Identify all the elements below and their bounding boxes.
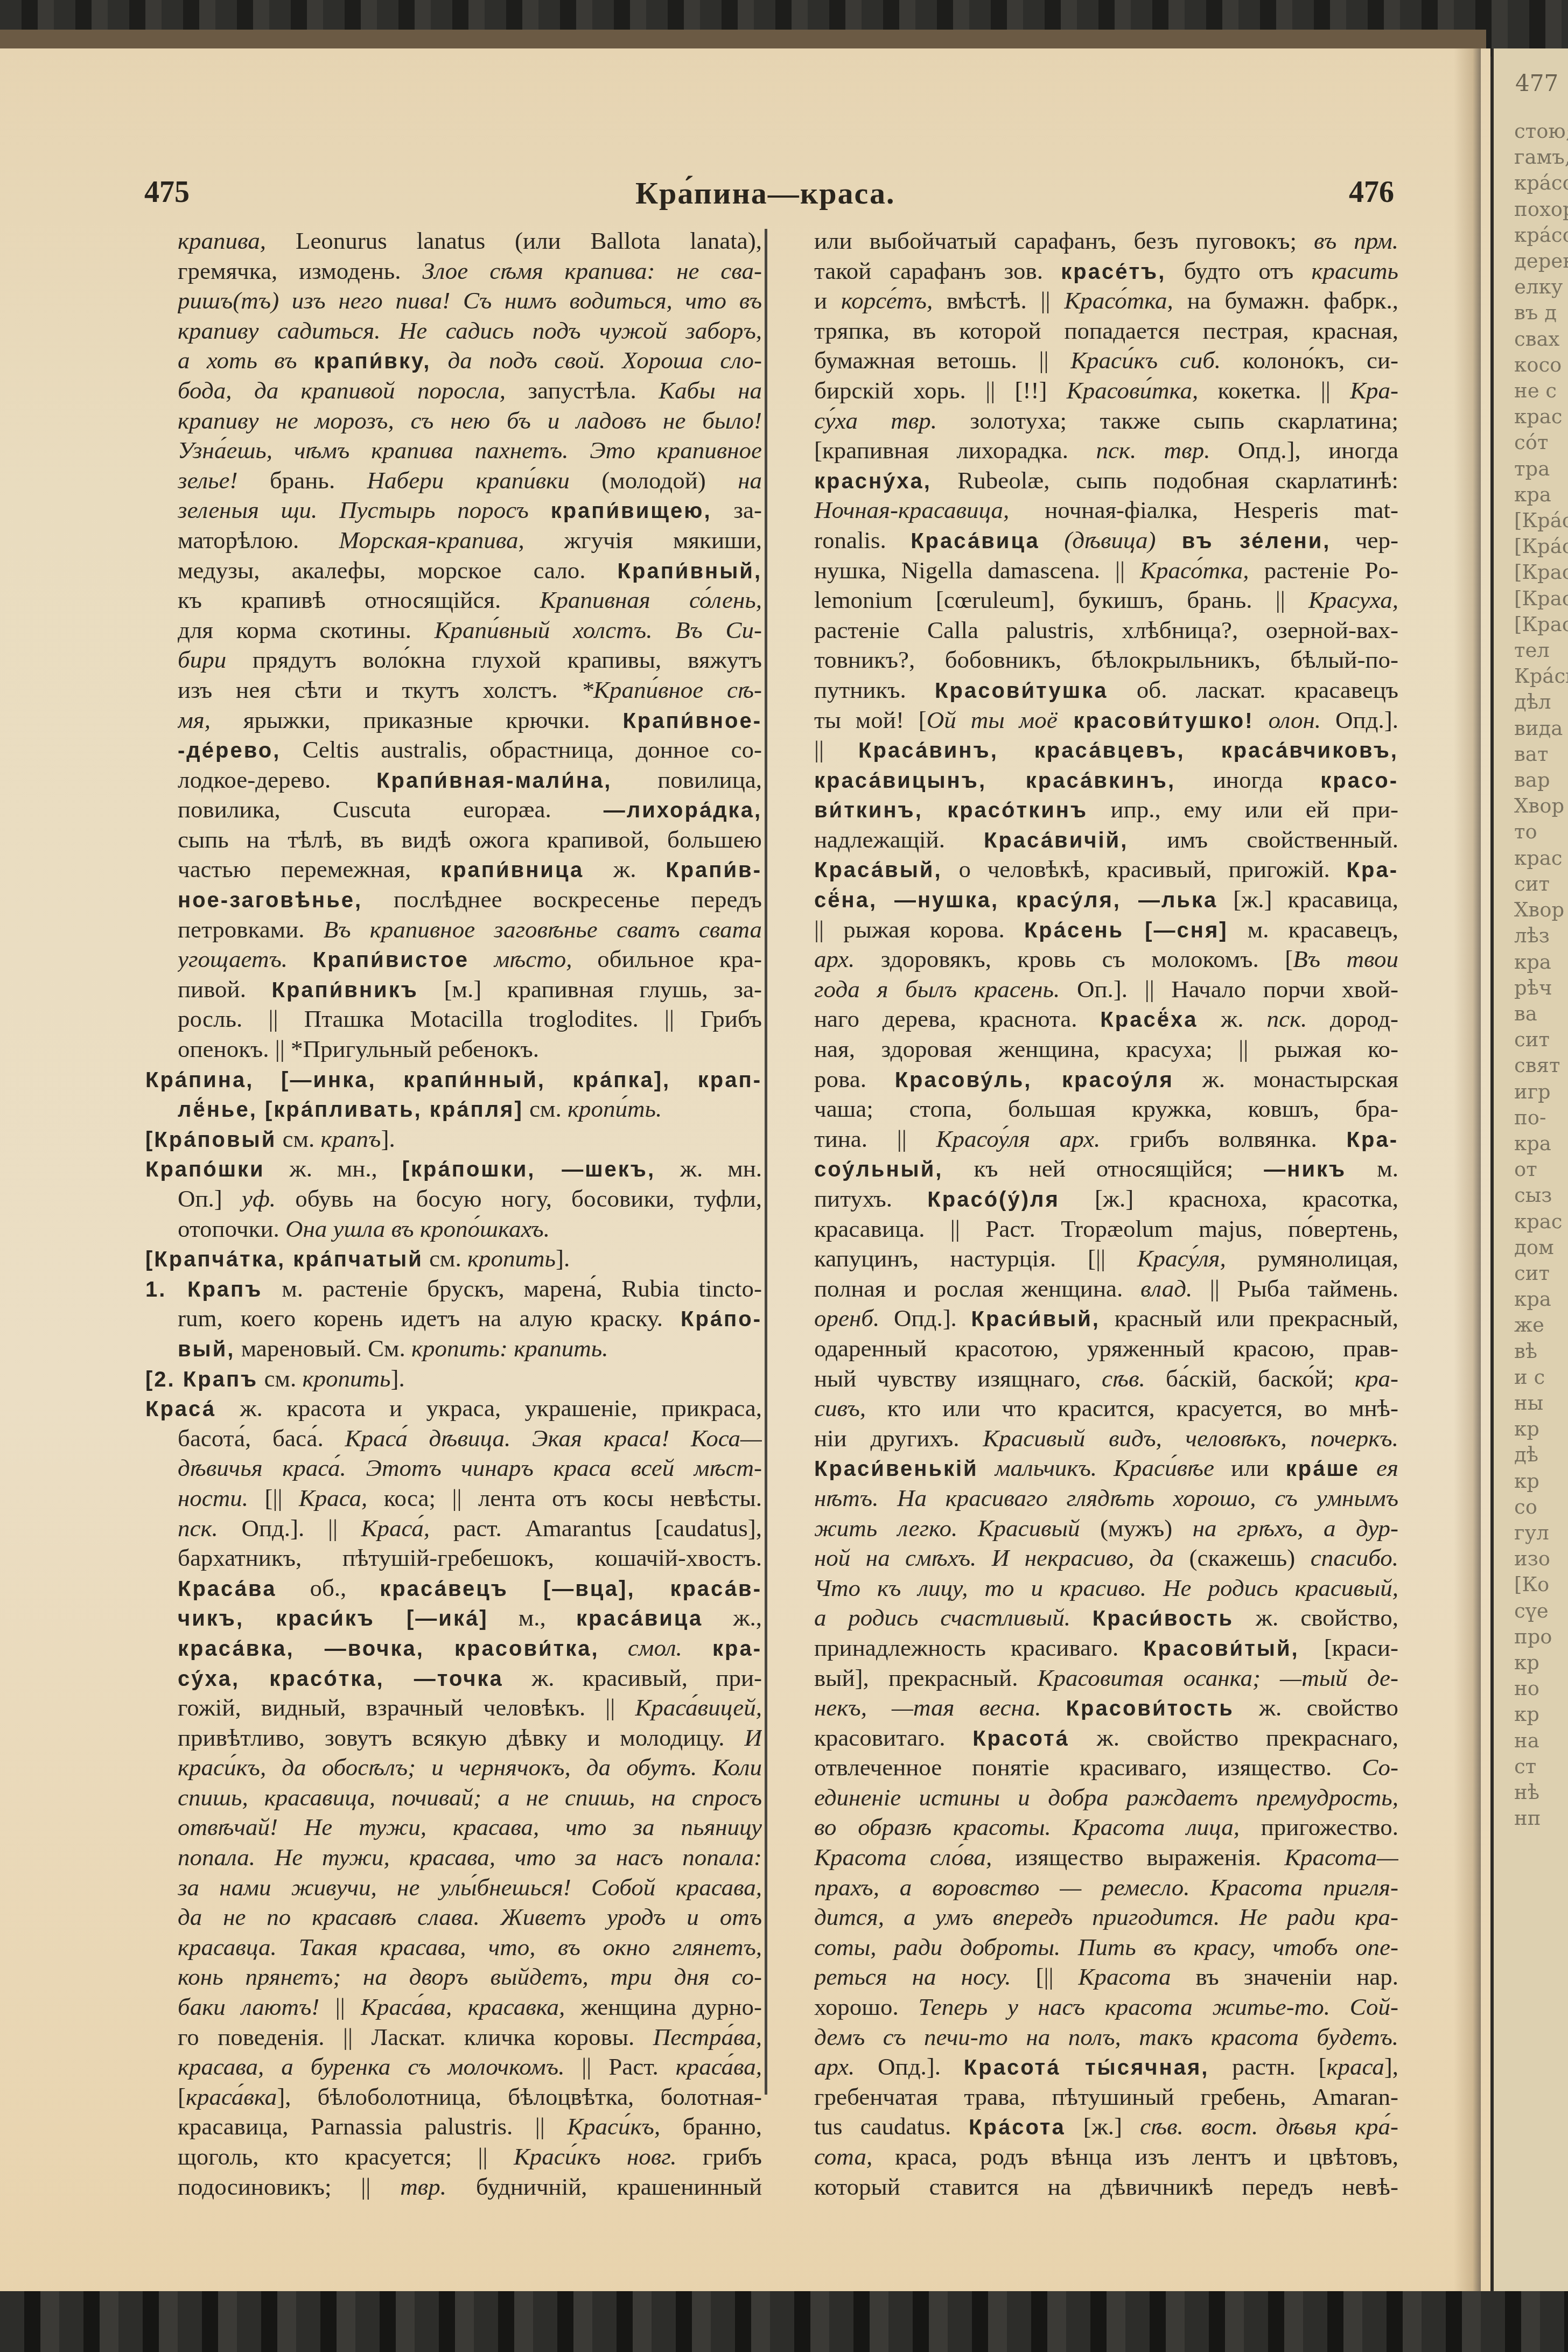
text-run: ж. красота и украса, украшеніе, прикраса… xyxy=(216,1395,762,1422)
italic-text: Красуха, xyxy=(1308,586,1398,613)
bold-term: Кра- xyxy=(1347,858,1398,882)
text-run: опенокъ. || *Пригульный ребенокъ. xyxy=(178,1035,539,1062)
bold-term: Крапи́вная-мали́на, xyxy=(376,769,612,793)
bold-term: су́ха, красо́тка, —точка xyxy=(178,1667,503,1691)
text-line: ная, здоровая женщина, красуха; || рыжая… xyxy=(814,1034,1398,1065)
text-line: спишь, красавица, почивай; а не спишь, н… xyxy=(178,1783,762,1813)
italic-text: Злое сѣмя крапива: не сва- xyxy=(422,257,762,284)
text-run: гремячка, измодень. xyxy=(178,257,422,284)
text-line: дѣвичья краса́. Этотъ чинаръ краса всей … xyxy=(178,1453,762,1483)
italic-text: демъ съ печи-то на полъ, такъ красота бу… xyxy=(814,2024,1398,2050)
text-run: или выбойчатый сарафанъ, безъ пуговокъ; xyxy=(814,227,1314,254)
text-run: ж. мн., xyxy=(265,1155,402,1182)
bold-term: крапи́вница xyxy=(440,858,584,882)
text-run: см. xyxy=(423,1245,467,1272)
text-line: Краса́ ж. красота и украса, украшеніе, п… xyxy=(145,1394,762,1424)
text-line: такой сарафанъ зов. красе́тъ, будто отъ … xyxy=(814,256,1398,286)
text-run: который ставится на дѣвичникѣ передъ нев… xyxy=(814,2173,1398,2200)
text-line: ніи другихъ. Красивый видъ, человѣкъ, по… xyxy=(814,1424,1398,1454)
italic-text: Крапивная со́лень, xyxy=(540,586,762,613)
scanner-background-bottom xyxy=(0,2291,1568,2352)
text-line: Краси́венькій мальчикъ. Краси́вѣе или кр… xyxy=(814,1453,1398,1483)
text-line: пивой. Крапи́вникъ [м.] крапивная глушь,… xyxy=(178,975,762,1005)
italic-text: Красови́тка, xyxy=(1067,377,1198,404)
text-run: и xyxy=(814,287,841,314)
text-run: о человѣкѣ, красивый, пригожій. xyxy=(942,856,1347,883)
text-run: за- xyxy=(712,496,762,523)
italic-text: во образѣ красоты. Красота лица, xyxy=(814,1814,1240,1840)
text-line: чаша; стопа, большая кружка, ковшъ, бра- xyxy=(814,1094,1398,1124)
text-line: пск. Опд.]. || Краса́, раст. Amarantus [… xyxy=(178,1514,762,1544)
text-run: обувь на босую ногу, босовики, туфли, xyxy=(276,1185,762,1212)
bold-term: Краса́ва xyxy=(178,1577,276,1601)
text-run: одаренный красотою, уряженный красою, пр… xyxy=(814,1335,1398,1362)
bold-term: —никъ xyxy=(1264,1158,1346,1181)
text-line: питухъ. Красо́(у́)ля [ж.] красноха, крас… xyxy=(814,1184,1398,1214)
text-line: дится, а умъ впередъ пригодится. Не ради… xyxy=(814,1902,1398,1933)
left-text-column: крапива, Leonurus lanatus (или Ballota l… xyxy=(178,226,762,2202)
italic-text: сѣв. вост. дѣвья кра́- xyxy=(1140,2113,1398,2140)
headword: Крапо́шки xyxy=(145,1158,265,1181)
text-run: rum, коего корень идетъ на алую краску. xyxy=(178,1305,681,1332)
text-run: [|| xyxy=(248,1485,299,1511)
bold-term: краса́в- xyxy=(635,1577,762,1601)
page-header: 475 Кра́пина—краса. 476 xyxy=(0,175,1490,218)
text-run: lemonium [cœruleum], букишъ, брань. || xyxy=(814,586,1308,613)
text-run: красный или прекрасный, xyxy=(1100,1305,1398,1332)
bold-term: -де́рево, xyxy=(178,739,281,762)
bold-term: Крапи́вное- xyxy=(622,709,762,733)
bold-term: крапи́вку, xyxy=(314,349,431,373)
text-line: Красота сло́ва, изящество выраженія. Кра… xyxy=(814,1843,1398,1873)
italic-text: смол. xyxy=(599,1634,682,1661)
text-run: повилица, xyxy=(612,766,762,793)
italic-text: И xyxy=(745,1724,762,1751)
page-number-right: 476 xyxy=(1349,175,1394,209)
text-run: росль. || Пташка Motacilla troglodites. … xyxy=(178,1005,762,1032)
italic-text: Краса́ дѣвица. Экая краса! Коса— xyxy=(345,1425,762,1452)
text-line: 1. Крапъ м. растеніе брускъ, марена́, Ru… xyxy=(145,1274,762,1304)
text-run: грибъ волвянка. xyxy=(1100,1125,1346,1152)
bold-term: Красову́ль, красоу́ля xyxy=(895,1068,1174,1092)
text-line: [2. Крапъ см. кропить]. xyxy=(145,1364,762,1394)
bold-term: красе́тъ, xyxy=(1061,260,1166,284)
text-run: надлежащій. xyxy=(814,826,984,853)
text-line: сота, краса, родъ вѣнца изъ лентъ и цвѣт… xyxy=(814,2142,1398,2172)
text-line: зеленыя щи. Пустырь поросъ крапи́вищею, … xyxy=(178,495,762,526)
bold-term: Краса́винъ, краса́вцевъ, краса́вчиковъ, xyxy=(858,739,1398,762)
bold-term: [кра́пошки, —шекъ, xyxy=(402,1158,655,1181)
bold-term: краса́вка, —вочка, красови́тка, xyxy=(178,1637,599,1661)
bold-term: Краси́венькій xyxy=(814,1457,978,1481)
italic-text: новг. xyxy=(601,2143,677,2170)
text-run: ж. свойство, xyxy=(1234,1604,1398,1631)
italic-text: баки лаютъ! xyxy=(178,1993,319,2020)
text-run: гребенчатая трава, пѣтушиный гребень, Am… xyxy=(814,2083,1398,2110)
italic-text: крапиву не морозъ, съ нею бъ и ладовъ не… xyxy=(178,407,762,434)
text-run: тряпка, въ которой попадается пестрая, к… xyxy=(814,317,1398,344)
text-line: товникъ?, бобовникъ, бѣлокрыльникъ, бѣлы… xyxy=(814,645,1398,675)
italic-text: Красота xyxy=(1079,1963,1171,1990)
text-line: ronalis. Краса́вица (дѣвица) въ зе́лени,… xyxy=(814,526,1398,556)
text-run: пригожество. xyxy=(1240,1814,1398,1840)
text-run: (скажешь) xyxy=(1174,1544,1311,1571)
bold-term: вый, xyxy=(178,1338,235,1361)
italic-text: ной на смѣхъ. И некрасиво, да xyxy=(814,1544,1174,1571)
text-run: здоровякъ, кровь съ молокомъ. [ xyxy=(855,946,1293,972)
text-run: вмѣстѣ. || xyxy=(933,287,1064,314)
text-line: нѣтъ. На красиваго глядѣть хорошо, съ ум… xyxy=(814,1483,1398,1514)
text-line: ный чувству изящнаго, сѣв. ба́скій, баск… xyxy=(814,1364,1398,1394)
bold-term: кра́пчатый xyxy=(285,1248,423,1271)
text-line: рова. Красову́ль, красоу́ля ж. монастырс… xyxy=(814,1065,1398,1095)
text-run: басота́, баса́. xyxy=(178,1425,345,1452)
text-line: -де́рево, Celtis australis, обрастница, … xyxy=(178,735,762,765)
column-divider-rule xyxy=(765,229,767,2095)
text-line: арх. Опд.]. Красота́ ты́сячная, растн. [… xyxy=(814,2052,1398,2082)
text-line: Краса́вый, о человѣкѣ, красивый, пригожі… xyxy=(814,855,1398,885)
text-run: (мужъ) xyxy=(1080,1515,1193,1542)
text-run: обильное кра- xyxy=(572,946,762,972)
italic-text: Ночная-красавица, xyxy=(814,496,1009,523)
text-run: || Раст. xyxy=(564,2053,675,2080)
text-run: краса, родъ вѣнца изъ лентъ и цвѣтовъ, xyxy=(872,2143,1398,2170)
bold-term: Краси́вость xyxy=(1093,1607,1234,1630)
text-run: ]. xyxy=(390,1365,404,1392)
text-run: [ xyxy=(178,2083,186,2110)
bold-term: Красови́тушка xyxy=(935,679,1108,703)
text-line: [крапивная лихорадка. пск. твр. Опд.], и… xyxy=(814,436,1398,466)
text-line: ное-заговѣнье, послѣднее воскресенье пер… xyxy=(178,885,762,915)
text-run: наго дерева, краснота. xyxy=(814,1005,1100,1032)
italic-text: Кабы на xyxy=(659,377,762,404)
text-line: а хоть въ крапи́вку, да подъ свой. Хорош… xyxy=(178,346,762,376)
text-run: ], xyxy=(1384,2053,1398,2080)
text-line: единеніе истины и добра раждаетъ премудр… xyxy=(814,1783,1398,1813)
italic-text: кропи́ть. xyxy=(568,1095,662,1122)
italic-text: въ прм. xyxy=(1314,227,1398,254)
bold-term: красну́ха, xyxy=(814,470,932,493)
text-line: одаренный красотою, уряженный красою, пр… xyxy=(814,1334,1398,1364)
italic-text: дится, а умъ впередъ пригодится. Не ради… xyxy=(814,1903,1398,1930)
text-line: гожій, видный, взрачный человѣкъ. || Кра… xyxy=(178,1693,762,1723)
text-run: ]. xyxy=(381,1125,395,1152)
text-line: Краса́ва об., краса́вецъ [—вца], краса́в… xyxy=(178,1573,762,1604)
italic-text: Узна́ешь, чѣмъ крапива пахнетъ. Это крап… xyxy=(178,437,762,464)
italic-text: Пестра́ва, xyxy=(653,2024,762,2050)
text-run: об., xyxy=(276,1574,380,1601)
text-run: Leonurus lanatus (или Ballota lanata), xyxy=(266,227,762,254)
italic-text: на xyxy=(738,467,762,494)
text-run: кто или что красится, красуется, во мнѣ- xyxy=(866,1395,1398,1422)
text-line: вый], прекрасный. Красовитая осанка; —ты… xyxy=(814,1663,1398,1693)
italic-text: Красо́тка, xyxy=(1064,287,1173,314)
text-run: вый], прекрасный. xyxy=(814,1664,1038,1691)
italic-text: кропить xyxy=(467,1245,556,1272)
italic-text: твр. xyxy=(858,407,937,434)
text-line: сивъ, кто или что красится, красуется, в… xyxy=(814,1394,1398,1424)
bold-term: Красови́тый, xyxy=(1143,1637,1299,1661)
text-run: го поведенія. || Ласкат. кличка коровы. xyxy=(178,2024,653,2050)
text-run: ный чувству изящнаго, xyxy=(814,1365,1102,1392)
italic-text: конь прянетъ; на дворъ выйдетъ, три дня … xyxy=(178,1963,762,1990)
italic-text: Морская-крапива, xyxy=(339,527,524,554)
italic-text: сота, xyxy=(814,2143,872,2170)
text-line: медузы, акалефы, морское сало. Крапи́вны… xyxy=(178,556,762,586)
text-run: || xyxy=(814,736,858,763)
text-run: иногда xyxy=(1175,766,1320,793)
text-run: повилика, Cuscuta europæa. xyxy=(178,796,604,823)
italic-text: ея xyxy=(1360,1454,1398,1481)
text-line: Ночная-красавица, ночная-фіалка, Hesperi… xyxy=(814,495,1398,526)
text-run: м., xyxy=(488,1604,576,1631)
text-run: раст. Amarantus [caudatus], xyxy=(430,1515,762,1542)
italic-text: мѣсто, xyxy=(469,946,572,972)
italic-text: мя, xyxy=(178,706,211,733)
text-run: на бумажн. фабрк., xyxy=(1173,287,1398,314)
bold-term: Краси́вый, xyxy=(971,1307,1100,1331)
italic-text: пск. xyxy=(178,1515,218,1542)
text-run: полная и рослая женщина. xyxy=(814,1275,1140,1302)
text-run: ж. мн. xyxy=(655,1155,762,1182)
headword: [Крапча́тка, xyxy=(145,1248,285,1271)
text-run: Опд.], иногда xyxy=(1210,437,1398,464)
text-run: ты мой! [ xyxy=(814,706,927,733)
text-line: || Краса́винъ, краса́вцевъ, краса́вчиков… xyxy=(814,735,1398,765)
italic-text: Ой ты моё xyxy=(927,706,1058,733)
italic-text: влад. xyxy=(1140,1275,1192,1302)
text-run: прядутъ воло́кна глухой крапивы, вяжутъ xyxy=(226,646,762,673)
text-line: [Кра́повый см. крапъ]. xyxy=(145,1124,762,1154)
text-line: красавица, Parnassia palustris. || Краси… xyxy=(178,2112,762,2142)
text-line: Что къ лицу, то и красиво. Не родись кра… xyxy=(814,1573,1398,1604)
italic-text: уф. xyxy=(242,1185,276,1212)
italic-text: кропить: крапить. xyxy=(411,1335,608,1362)
text-line: лодкое-дерево. Крапи́вная-мали́на, повил… xyxy=(178,765,762,795)
text-line: изъ нея сѣти и ткутъ холстъ. *Крапи́вное… xyxy=(178,675,762,705)
text-line: tus caudatus. Кра́сота [ж.] сѣв. вост. д… xyxy=(814,2112,1398,2142)
text-run: растеніе Calla palustris, хлѣбница?, озе… xyxy=(814,617,1398,643)
text-line: соты, ради доброты. Пить въ красу, чтобъ… xyxy=(814,1933,1398,1963)
italic-text: да подъ свой. Хороша сло- xyxy=(431,347,762,374)
text-line: Крапо́шки ж. мн., [кра́пошки, —шекъ, ж. … xyxy=(145,1154,762,1184)
italic-text: Въ крапивное заговѣнье сватъ свата xyxy=(324,916,762,943)
text-line: растеніе Calla palustris, хлѣбница?, озе… xyxy=(814,615,1398,646)
italic-text: олон. xyxy=(1254,706,1321,733)
text-run: бархатникъ, пѣтушій-гребешокъ, кошачій-х… xyxy=(178,1544,762,1571)
text-run: ночная-фіалка, Hesperis mat- xyxy=(1009,496,1398,523)
text-run: Опд.]. xyxy=(1321,706,1398,733)
text-line: принадлежность красиваго. Красови́тый, [… xyxy=(814,1633,1398,1663)
text-run: грибъ xyxy=(677,2143,762,2170)
bold-term: краса́вицынъ, краса́вкинъ, xyxy=(814,769,1175,793)
text-run: кокетка. || xyxy=(1198,377,1350,404)
text-run: [ж.] xyxy=(1066,2113,1140,2140)
italic-text: краса́вка xyxy=(186,2083,277,2110)
headword: Кра́пина, xyxy=(145,1068,254,1092)
text-line: тряпка, въ которой попадается пестрая, к… xyxy=(814,316,1398,346)
italic-text: сиб. xyxy=(1158,347,1221,374)
text-run: жгучія мякиши, xyxy=(524,527,762,554)
headword: [Кра́повый xyxy=(145,1128,276,1152)
text-line: бирскій хорь. || [!!] Красови́тка, кокет… xyxy=(814,376,1398,406)
text-line: къ крапивѣ относящійся. Крапивная со́лен… xyxy=(178,585,762,615)
text-run: петровками. xyxy=(178,916,324,943)
text-line: да не по красавѣ слава. Живетъ уродъ и о… xyxy=(178,1902,762,1933)
italic-text: арх. xyxy=(814,946,855,972)
italic-text: твр. xyxy=(400,2173,446,2200)
text-line: краса́вка, —вочка, красови́тка, смол. кр… xyxy=(178,1633,762,1663)
text-line: красавца. Такая красава, что, въ окно гл… xyxy=(178,1933,762,1963)
text-run: || рыжая корова. xyxy=(814,916,1024,943)
text-run: дород- xyxy=(1307,1005,1398,1032)
text-line: краси́къ, да обосѣлъ; и чернячокъ, да об… xyxy=(178,1753,762,1783)
italic-text: мальчикъ. Краси́вѣе xyxy=(978,1454,1214,1481)
text-line: ности. [|| Краса, коса; || лента отъ кос… xyxy=(178,1483,762,1514)
text-run: запустѣла. xyxy=(506,377,659,404)
text-run: Опд.]. || xyxy=(218,1515,361,1542)
text-line: красну́ха, Rubeolæ, сыпь подобная скарла… xyxy=(814,466,1398,496)
text-run: отвлеченное понятіе красиваго, изящество… xyxy=(814,1754,1362,1781)
text-run: ], бѣлоболотница, бѣлоцвѣтка, болотная- xyxy=(277,2083,762,2110)
bold-term: —лихора́дка, xyxy=(604,799,762,822)
italic-text: бода, да крапивой поросла, xyxy=(178,377,506,404)
text-run: или xyxy=(1214,1454,1286,1481)
text-line: гремячка, измодень. Злое сѣмя крапива: н… xyxy=(178,256,762,286)
italic-text: арх. xyxy=(1030,1125,1100,1152)
text-run: м. красавецъ, xyxy=(1228,916,1398,943)
italic-text: крапиву садиться. Не садись подъ чужой з… xyxy=(178,317,762,344)
text-line: отвлеченное понятіе красиваго, изящество… xyxy=(814,1753,1398,1783)
bold-term: Кра- xyxy=(1347,1128,1398,1152)
bold-term: соу́льный, xyxy=(814,1158,943,1181)
adjacent-page-lines: стою; гамъ, кра́со похор кра́со дерев ел… xyxy=(1514,118,1568,1831)
italic-text: Красовитая осанка; —тый де- xyxy=(1038,1664,1398,1691)
adjacent-page-fragment: 477 стою; гамъ, кра́со похор кра́со дере… xyxy=(1492,48,1568,2291)
text-line: лё́нье, [кра́пливать, кра́пля] см. кропи… xyxy=(178,1094,762,1124)
text-run: ярыжки, приказные крючки. xyxy=(211,706,623,733)
text-run: путникъ. xyxy=(814,676,935,703)
italic-text: Красу́ля, xyxy=(1137,1245,1226,1272)
text-line: во образѣ красоты. Красота лица, пригоже… xyxy=(814,1812,1398,1843)
text-run: [|| xyxy=(1011,1963,1079,1990)
text-line: щоголь, кто красуется; || Краси́къ новг.… xyxy=(178,2142,762,2172)
text-line: арх. здоровякъ, кровь съ молокомъ. [Въ т… xyxy=(814,944,1398,975)
text-line: надлежащій. Краса́вичій, имъ свойственны… xyxy=(814,825,1398,855)
text-run: ж. свойство xyxy=(1234,1694,1398,1721)
italic-text: краса xyxy=(1326,2053,1384,2080)
text-run: Celtis australis, обрастница, донное со- xyxy=(281,736,762,763)
headword: [2. Крапъ xyxy=(145,1368,258,1391)
italic-text: а родись счастливый. xyxy=(814,1604,1093,1631)
italic-text: Краси́къ xyxy=(514,2143,601,2170)
italic-text: Краса́, xyxy=(361,1515,430,1542)
text-run: ная, здоровая женщина, красуха; || рыжая… xyxy=(814,1035,1398,1062)
text-run: Оп.] xyxy=(178,1185,242,1212)
text-run: бранно, xyxy=(660,2113,762,2140)
bold-term: Красота́ xyxy=(972,1727,1069,1751)
text-line: хорошо. Теперь у насъ красота житье-то. … xyxy=(814,1992,1398,2022)
italic-text: дѣвичья краса́. Этотъ чинаръ краса всей … xyxy=(178,1454,762,1481)
text-line: демъ съ печи-то на полъ, такъ красота бу… xyxy=(814,2022,1398,2053)
italic-text: да не по красавѣ слава. Живетъ уродъ и о… xyxy=(178,1903,762,1930)
text-run: щоголь, кто красуется; || xyxy=(178,2143,514,2170)
text-line: бумажная ветошь. || Краси́къ сиб. колоно… xyxy=(814,346,1398,376)
italic-text: ришъ(тъ) изъ него пива! Съ нимъ водиться… xyxy=(178,287,762,314)
text-line: ришъ(тъ) изъ него пива! Съ нимъ водиться… xyxy=(178,286,762,316)
text-line: росль. || Пташка Motacilla troglodites. … xyxy=(178,1004,762,1034)
bold-term: въ зе́лени, xyxy=(1156,529,1331,553)
text-line: сыпь на тѣлѣ, въ видѣ ожога крапивой, бо… xyxy=(178,825,762,855)
italic-text: корсе́тъ, xyxy=(841,287,933,314)
italic-text: за нами живучи, не улы́бнешься! Собой кр… xyxy=(178,1874,762,1901)
bold-term: крапи́вищею, xyxy=(551,499,712,523)
text-line: басота́, баса́. Краса́ дѣвица. Экая крас… xyxy=(178,1424,762,1454)
italic-text: красавца. Такая красава, что, въ окно гл… xyxy=(178,1934,762,1961)
bold-term: ное-заговѣнье, xyxy=(178,888,362,912)
text-line: крапиву не морозъ, съ нею бъ и ладовъ не… xyxy=(178,406,762,436)
italic-text: крапива, xyxy=(178,227,266,254)
italic-text: Краса́ва, красавка, xyxy=(361,1993,565,2020)
text-run: Опд.]. xyxy=(855,2053,963,2080)
bold-term: ви́ткинъ, красо́ткинъ xyxy=(814,799,1088,822)
text-run: подосиновикъ; || xyxy=(178,2173,400,2200)
bold-term: Крапи́вистое xyxy=(313,948,469,972)
text-run: будто отъ xyxy=(1166,257,1311,284)
text-line: мя, ярыжки, приказные крючки. Крапи́вное… xyxy=(178,705,762,736)
text-run: [ж.] красноха, красотка, xyxy=(1060,1185,1398,1212)
text-line: красовитаго. Красота́ ж. свойство прекра… xyxy=(814,1723,1398,1753)
bold-term: [—инка, крапи́нный, кра́пка], xyxy=(254,1068,670,1092)
text-run: къ ней относящійся; xyxy=(943,1155,1264,1182)
text-line: или выбойчатый сарафанъ, безъ пуговокъ; … xyxy=(814,226,1398,256)
text-line: су́ха твр. золотуха; также сыпь скарлати… xyxy=(814,406,1398,436)
italic-text: зелье! xyxy=(178,467,237,494)
italic-text: пск. твр. xyxy=(1096,437,1210,464)
text-run: [крапивная лихорадка. xyxy=(814,437,1096,464)
text-run: ж. красивый, при- xyxy=(503,1664,762,1691)
bold-term: Крапи́в- xyxy=(666,858,762,882)
text-run: красавица, Parnassia palustris. || xyxy=(178,2113,567,2140)
bold-term: крап- xyxy=(670,1068,762,1092)
text-run: изящество выраженія. xyxy=(992,1844,1284,1871)
text-line: [краса́вка], бѣлоболотница, бѣлоцвѣтка, … xyxy=(178,2082,762,2112)
bold-term: Красё́ха xyxy=(1100,1008,1198,1032)
text-run: частью перемежная, xyxy=(178,856,440,883)
adjacent-page-number: 477 xyxy=(1515,70,1558,96)
bold-term: лё́нье, [кра́пливать, кра́пля] xyxy=(178,1098,523,1122)
text-run: брань. xyxy=(237,467,367,494)
text-run: ипр., ему или ей при- xyxy=(1088,796,1398,823)
text-line: бода, да крапивой поросла, запустѣла. Ка… xyxy=(178,376,762,406)
italic-text: Кра- xyxy=(1350,377,1398,404)
italic-text: *Крапи́вное сѣ- xyxy=(582,676,762,703)
text-run: послѣднее воскресенье передъ xyxy=(362,886,762,913)
italic-text: соты, ради доброты. Пить въ красу, чтобъ… xyxy=(814,1934,1398,1961)
text-line: чикъ, краси́къ [—ика́] м., краса́вица ж.… xyxy=(178,1603,762,1633)
text-line: жить легко. Красивый (мужъ) на грѣхъ, а … xyxy=(814,1514,1398,1544)
italic-text: а хоть въ xyxy=(178,347,314,374)
text-line: привѣтливо, зовутъ всякую дѣвку и молоди… xyxy=(178,1723,762,1753)
text-run: чаша; стопа, большая кружка, ковшъ, бра- xyxy=(814,1095,1398,1122)
italic-text: реться на носу. xyxy=(814,1963,1011,1990)
text-line: сё́на, —нушка, красу́ля, —лька [ж.] крас… xyxy=(814,885,1398,915)
italic-text: Теперь у насъ красота житье-то. Сой- xyxy=(918,1993,1398,2020)
text-line: зелье! брань. Набери крапи́вки (молодой)… xyxy=(178,466,762,496)
text-line: некъ, —тая весна. Красови́тость ж. свойс… xyxy=(814,1693,1398,1723)
text-run: золотуха; также сыпь скарлатина; xyxy=(937,407,1398,434)
italic-text: на грѣхъ, а дур- xyxy=(1193,1515,1398,1542)
